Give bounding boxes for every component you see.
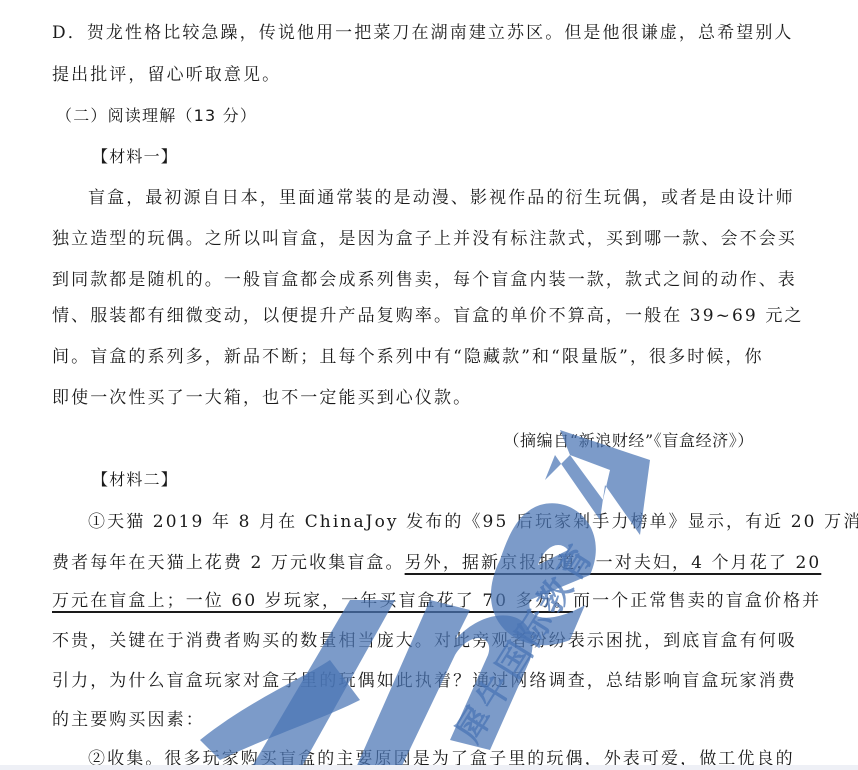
document-page: D．贺龙性格比较急躁，传说他用一把菜刀在湖南建立苏区。但是他很谦虚，总希望别人 … [0,0,858,770]
material1-line: 即使一次性买了一大箱，也不一定能买到心仪款。 [52,387,472,409]
material1-title: 【材料一】 [92,146,178,168]
material2-p1-line6: 的主要购买因素： [52,709,205,731]
material1-line: 到同款都是随机的。一般盲盒都会成系列售卖，每个盲盒内装一款，款式之间的动作、表 [52,269,797,291]
material2-p1-line4: 不贵，关键在于消费者购买的数量相当庞大。对此旁观者纷纷表示困扰，到底盲盒有何吸 [52,630,797,652]
plain-text: 费者每年在天猫上花费 2 万元收集盲盒。 [52,553,405,573]
material2-p1-line1: ①天猫 2019 年 8 月在 ChinaJoy 发布的《95 后玩家剁手力榜单… [88,511,858,533]
material1-line: 情、服装都有细微变动，以便提升产品复购率。盲盒的单价不算高，一般在 39~69 … [52,305,804,327]
material2-title: 【材料二】 [92,469,178,491]
material1-line: 盲盒，最初源自日本，里面通常装的是动漫、影视作品的衍生玩偶，或者是由设计师 [88,187,795,209]
section-heading: （二）阅读理解（13 分） [56,105,257,127]
bottom-bar [0,765,858,770]
underlined-text: 另外，据新京报报道，一对夫妇，4 个月花了 20 [405,553,822,573]
option-d-line1: D．贺龙性格比较急躁，传说他用一把菜刀在湖南建立苏区。但是他很谦虚，总希望别人 [52,22,794,44]
plain-text: 而一个正常售卖的盲盒价格并 [573,591,821,611]
underlined-text: 万元在盲盒上；一位 60 岁玩家，一年买盲盒花了 70 多万。 [52,591,573,611]
material2-p1-line2: 费者每年在天猫上花费 2 万元收集盲盒。另外，据新京报报道，一对夫妇，4 个月花… [52,552,821,574]
material2-p1-line3: 万元在盲盒上；一位 60 岁玩家，一年买盲盒花了 70 多万。而一个正常售卖的盲… [52,590,821,612]
option-d-line2: 提出批评，留心听取意见。 [52,64,281,86]
material1-line: 独立造型的玩偶。之所以叫盲盒，是因为盒子上并没有标注款式，买到哪一款、会不会买 [52,228,797,250]
material1-line: 间。盲盒的系列多，新品不断；且每个系列中有“隐藏款”和“限量版”，很多时候，你 [52,346,764,368]
material1-source: （摘编自“新浪财经”《盲盒经济》） [503,428,754,451]
material2-p1-line5: 引力，为什么盲盒玩家对盒子里的玩偶如此执着？通过网络调查，总结影响盲盒玩家消费 [52,670,797,692]
